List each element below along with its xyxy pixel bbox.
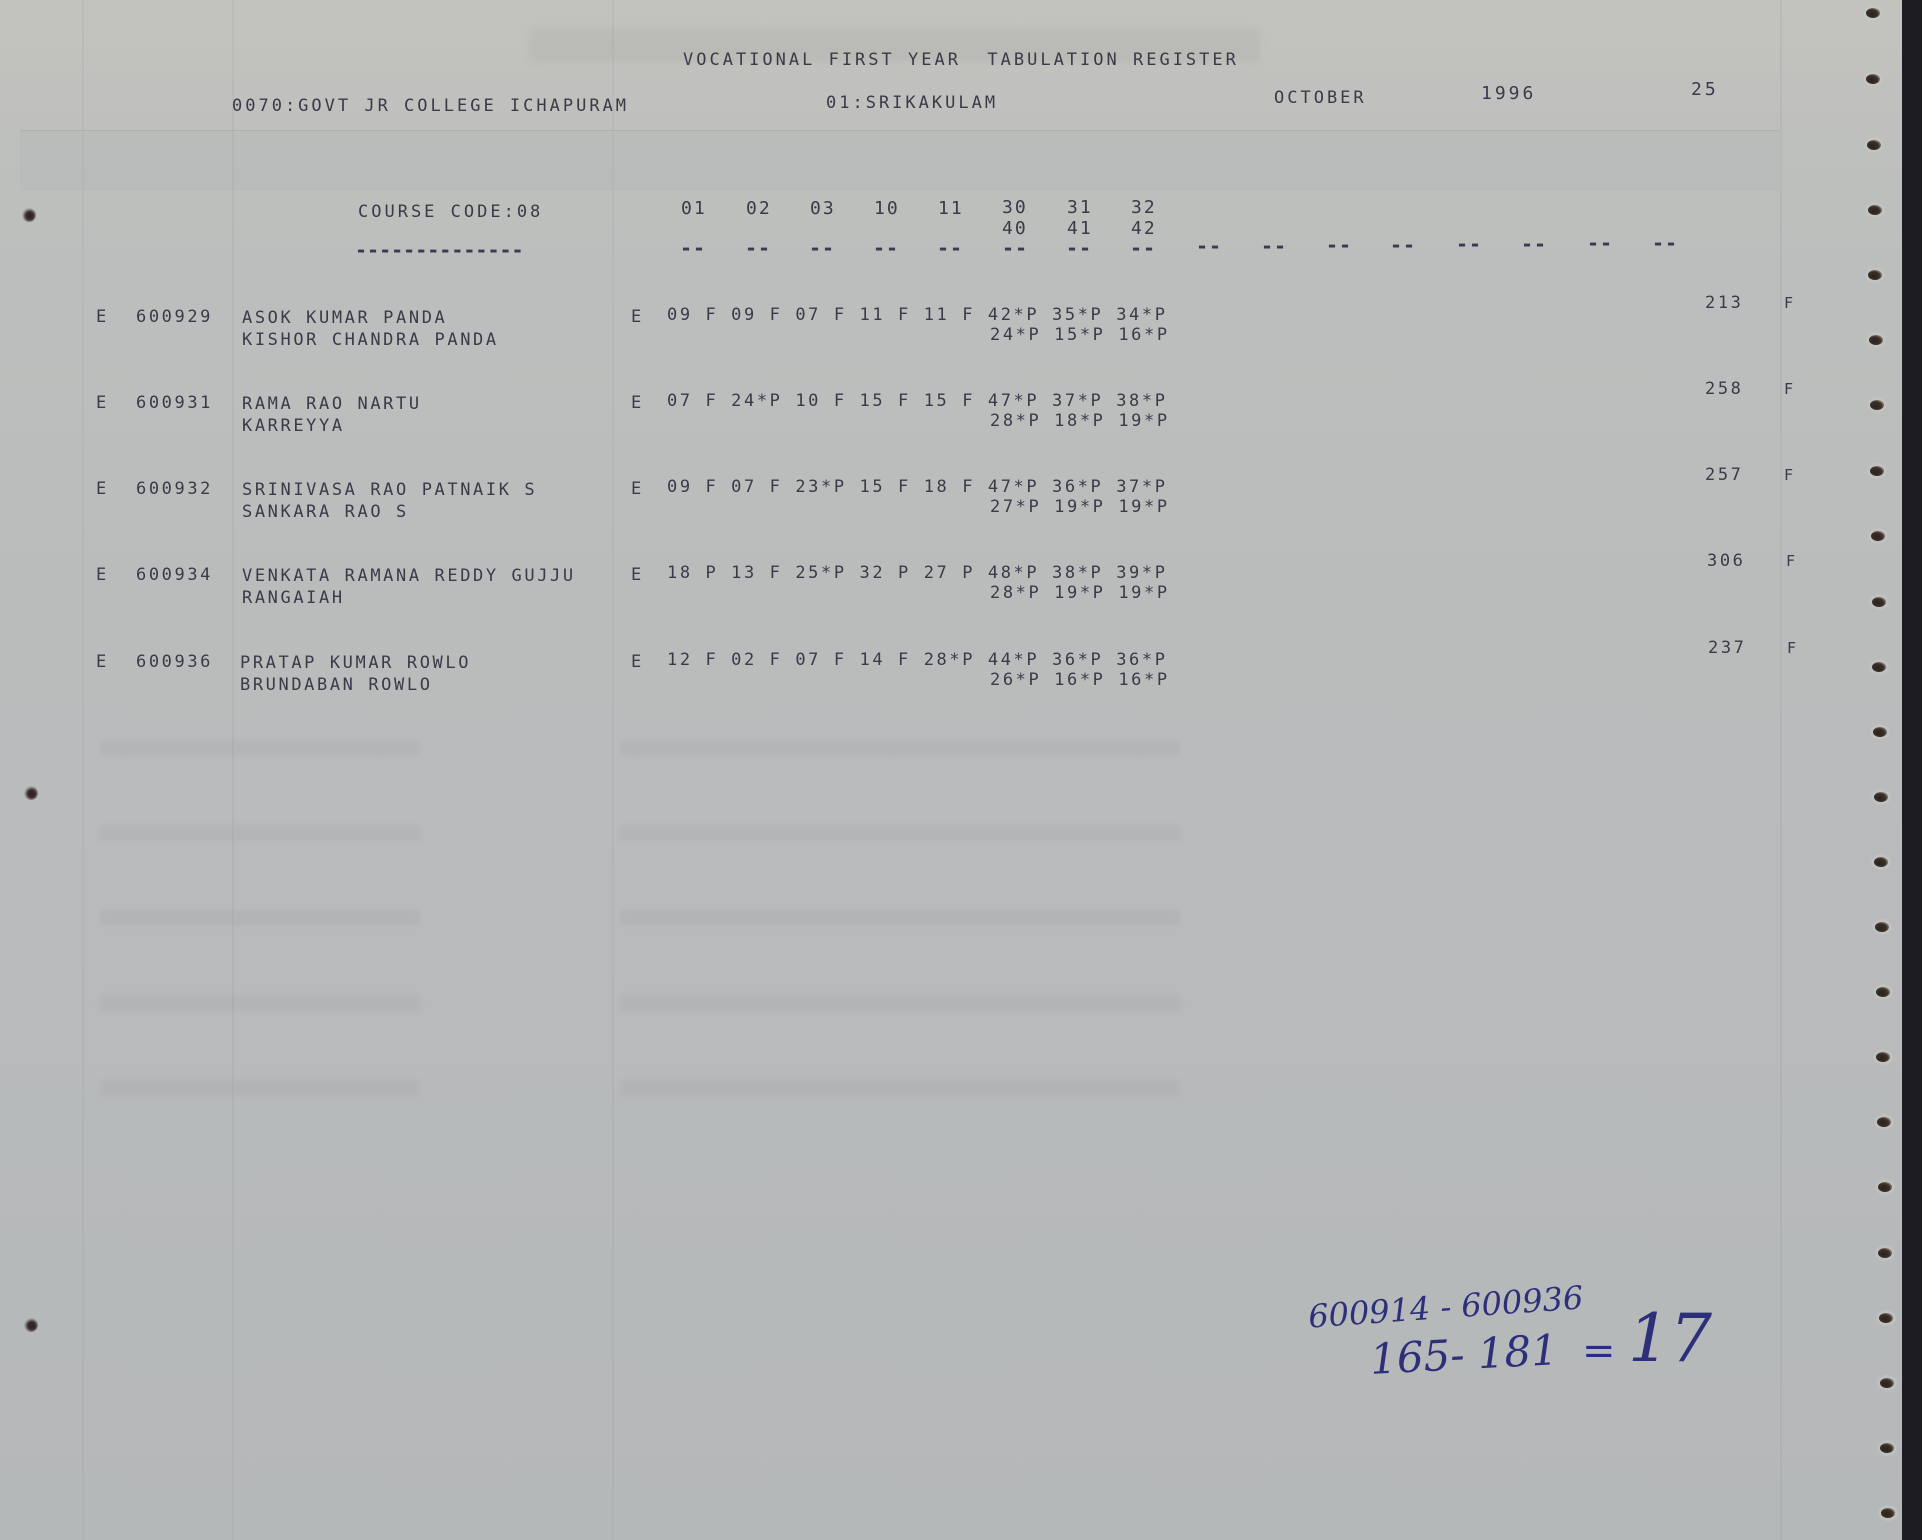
dash-separator: -- — [1326, 233, 1352, 257]
dash-separator: -- — [1456, 232, 1482, 256]
hall-ticket-number: 600929 — [136, 306, 213, 328]
tabulation-register-page: VOCATIONAL FIRST YEAR TABULATION REGISTE… — [0, 0, 1902, 1540]
dash-separator: -- — [1066, 236, 1092, 260]
subject-code: 03 — [810, 198, 836, 219]
feed-hole-icon — [1873, 727, 1887, 737]
student-record: E 600932 SRINIVASA RAO PATNAIK S SANKARA… — [0, 477, 1900, 527]
dash-separator: -- — [680, 236, 706, 260]
subject-marks-row1: 09 F 09 F 07 F 11 F 11 F 42*P 35*P 34*P — [667, 304, 1168, 326]
subject-marks-row1: 18 P 13 F 25*P 32 P 27 P 48*P 38*P 39*P — [667, 562, 1168, 584]
subject-code: 11 — [938, 198, 964, 219]
dash-separator: -- — [1390, 233, 1416, 257]
feed-hole-icon — [1874, 857, 1888, 867]
total-marks: 257 — [1705, 464, 1744, 486]
hall-ticket-number: 600932 — [136, 478, 213, 500]
dash-separator: -- — [1196, 234, 1222, 258]
result-code: F — [1787, 637, 1799, 659]
result-code: F — [1784, 378, 1796, 400]
student-name: ASOK KUMAR PANDA — [242, 307, 447, 329]
feed-hole-icon — [1866, 74, 1880, 84]
subject-code: 32 — [1131, 197, 1157, 218]
show-through-row — [620, 1080, 1180, 1096]
background-edge — [1902, 0, 1922, 1540]
show-through-row — [100, 995, 420, 1011]
punch-hole-icon — [24, 1318, 38, 1332]
feed-hole-icon — [1879, 1313, 1893, 1323]
feed-hole-icon — [1870, 400, 1884, 410]
student-record: E 600929 ASOK KUMAR PANDA KISHOR CHANDRA… — [0, 305, 1900, 355]
college-name: 0070:GOVT JR COLLEGE ICHAPURAM — [232, 96, 629, 116]
feed-hole-icon — [1871, 531, 1885, 541]
total-marks: 213 — [1705, 292, 1744, 314]
feed-hole-icon — [1875, 922, 1889, 932]
student-name: PRATAP KUMAR ROWLO — [240, 652, 471, 674]
dash-separator: -- — [1521, 232, 1547, 256]
hall-ticket-number: 600934 — [136, 564, 213, 586]
father-name: KARREYYA — [242, 415, 345, 437]
feed-hole-icon — [1868, 205, 1882, 215]
total-marks: 258 — [1705, 378, 1744, 400]
dash-separator: -- — [745, 236, 771, 260]
show-through-row — [620, 825, 1180, 841]
feed-hole-icon — [1867, 140, 1881, 150]
exam-month: OCTOBER — [1274, 88, 1367, 108]
course-code-label: COURSE CODE:08 — [358, 202, 543, 222]
subject-marks-row1: 07 F 24*P 10 F 15 F 15 F 47*P 37*P 38*P — [667, 390, 1168, 412]
feed-hole-icon — [1866, 8, 1880, 18]
medium-code: E — [631, 651, 644, 673]
feed-hole-icon — [1872, 662, 1886, 672]
subject-marks-row1: 09 F 07 F 23*P 15 F 18 F 47*P 36*P 37*P — [667, 476, 1168, 498]
dash-separator: -- — [937, 236, 963, 260]
father-name: KISHOR CHANDRA PANDA — [242, 329, 499, 351]
student-record: E 600934 VENKATA RAMANA REDDY GUJJU RANG… — [0, 563, 1900, 613]
feed-hole-icon — [1872, 597, 1886, 607]
subject-code: 02 — [746, 198, 772, 219]
result-code: F — [1784, 464, 1796, 486]
father-name: BRUNDABAN ROWLO — [240, 674, 433, 696]
subject-marks-row1: 12 F 02 F 07 F 14 F 28*P 44*P 36*P 36*P — [667, 649, 1168, 671]
equals-sign: = — [1582, 1328, 1616, 1374]
father-name: RANGAIAH — [242, 587, 345, 609]
feed-hole-icon — [1874, 792, 1888, 802]
show-through-row — [620, 995, 1180, 1011]
subject-code: 30 — [1002, 197, 1028, 218]
dash-separator: -- — [873, 236, 899, 260]
subject-code: 31 — [1067, 197, 1093, 218]
student-name: RAMA RAO NARTU — [242, 393, 422, 415]
record-count: 17 — [1628, 1300, 1712, 1377]
medium-code: E — [631, 564, 644, 586]
dash-separator: -- — [1261, 234, 1287, 258]
medium-code: E — [631, 306, 644, 328]
punch-hole-icon — [22, 208, 36, 222]
show-through-row — [100, 910, 420, 926]
feed-hole-icon — [1881, 1508, 1895, 1518]
dash-separator: -- — [1002, 236, 1028, 260]
register-title: VOCATIONAL FIRST YEAR TABULATION REGISTE… — [683, 50, 1239, 70]
category-code: E — [96, 564, 109, 586]
show-through-row — [100, 825, 420, 841]
district-name: 01:SRIKAKULAM — [826, 93, 998, 113]
total-marks: 306 — [1707, 550, 1746, 572]
feed-hole-icon — [1878, 1182, 1892, 1192]
student-name: VENKATA RAMANA REDDY GUJJU — [242, 565, 576, 587]
subject-marks-row2: 26*P 16*P 16*P — [990, 669, 1170, 691]
dash-separator: -- — [809, 236, 835, 260]
category-code: E — [96, 392, 109, 414]
subject-code: 10 — [874, 198, 900, 219]
show-through-row — [620, 740, 1180, 756]
result-code: F — [1786, 550, 1798, 572]
punch-hole-icon — [24, 786, 38, 800]
total-marks: 237 — [1708, 637, 1747, 659]
student-name: SRINIVASA RAO PATNAIK S — [242, 479, 537, 501]
feed-hole-icon — [1880, 1443, 1894, 1453]
exam-year: 1996 — [1481, 84, 1536, 104]
dash-separator: -- — [1130, 236, 1156, 260]
feed-hole-icon — [1876, 987, 1890, 997]
result-code: F — [1784, 292, 1796, 314]
show-through-column-header — [20, 130, 1780, 191]
feed-hole-icon — [1869, 335, 1883, 345]
show-through-row — [620, 910, 1180, 926]
feed-hole-icon — [1878, 1248, 1892, 1258]
medium-code: E — [631, 478, 644, 500]
subject-marks-row2: 27*P 19*P 19*P — [990, 496, 1170, 518]
show-through-row — [100, 1080, 420, 1096]
hall-ticket-number: 600931 — [136, 392, 213, 414]
feed-hole-icon — [1877, 1117, 1891, 1127]
hall-ticket-number: 600936 — [136, 651, 213, 673]
subject-code: 01 — [681, 198, 707, 219]
category-code: E — [96, 306, 109, 328]
feed-hole-icon — [1868, 270, 1882, 280]
student-record: E 600936 PRATAP KUMAR ROWLO BRUNDABAN RO… — [0, 650, 1900, 700]
category-code: E — [96, 651, 109, 673]
subject-marks-row2: 28*P 19*P 19*P — [990, 582, 1170, 604]
feed-hole-icon — [1880, 1378, 1894, 1388]
father-name: SANKARA RAO S — [242, 501, 409, 523]
show-through-row — [100, 740, 420, 756]
feed-hole-icon — [1876, 1052, 1890, 1062]
dash-separator: -- — [1652, 231, 1678, 255]
dash-separator: -- — [1587, 231, 1613, 255]
page-number: 25 — [1691, 80, 1719, 100]
feed-hole-icon — [1870, 466, 1884, 476]
subject-marks-row2: 24*P 15*P 16*P — [990, 324, 1170, 346]
serial-range: 165- 181 — [1369, 1325, 1559, 1384]
course-code-underline: -------------- — [355, 238, 524, 262]
medium-code: E — [631, 392, 644, 414]
student-record: E 600931 RAMA RAO NARTU KARREYYA E 07 F … — [0, 391, 1900, 441]
category-code: E — [96, 478, 109, 500]
subject-marks-row2: 28*P 18*P 19*P — [990, 410, 1170, 432]
